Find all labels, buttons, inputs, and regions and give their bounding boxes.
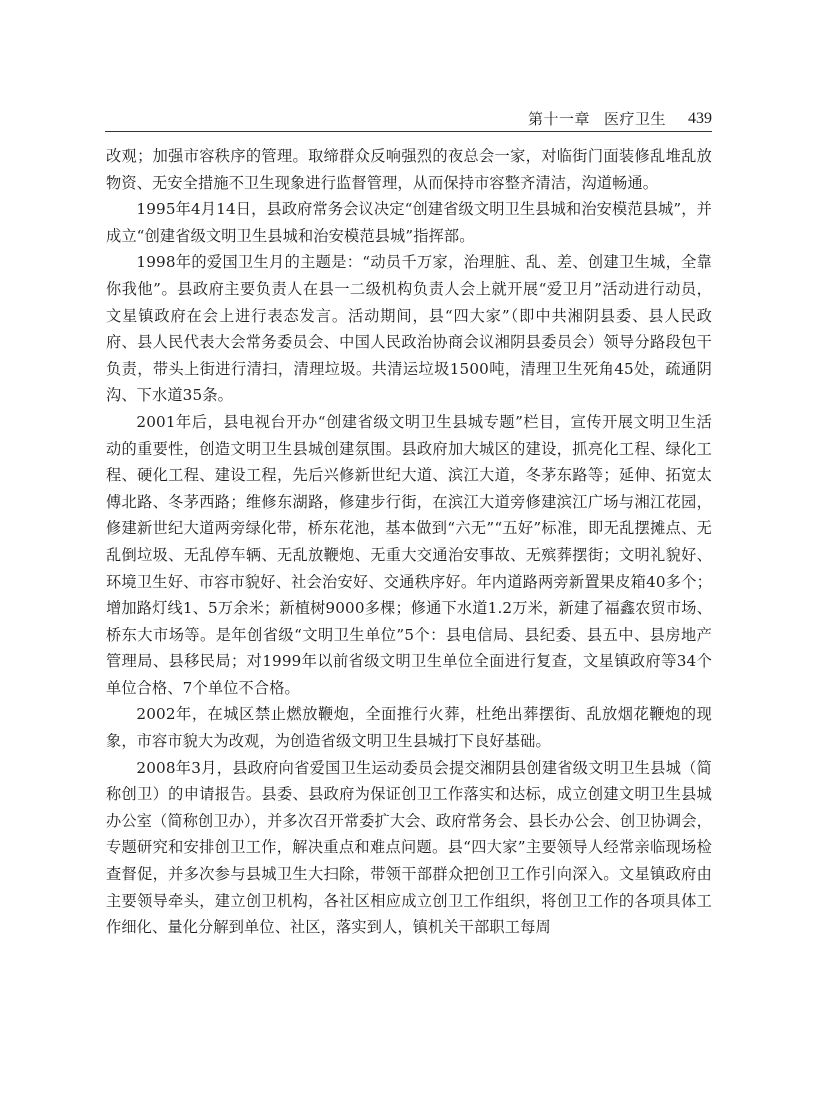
section-title: 医疗卫生 [604,109,666,129]
paragraph-2008: 2008年3月，县政府向省爱国卫生运动委员会提交湘阴县创建省级文明卫生县城（简称… [106,755,712,941]
paragraph-2001: 2001年后，县电视台开办“创建省级文明卫生县城专题”栏目，宣传开展文明卫生活动… [106,409,712,702]
body-text: 改观；加强市容秩序的管理。取缔群众反响强烈的夜总会一家，对临街门面装修乱堆乱放物… [106,143,712,941]
running-header: 第十一章 医疗卫生 439 [105,108,712,132]
paragraph-2002: 2002年，在城区禁止燃放鞭炮，全面推行火葬，杜绝出葬摆街、乱放烟花鞭炮的现象，… [106,701,712,754]
chapter-title: 第十一章 [528,109,590,129]
paragraph-1998: 1998年的爱国卫生月的主题是：“动员千万家，治理脏、乱、差、创建卫生城，全靠你… [106,249,712,409]
paragraph-1995: 1995年4月14日，县政府常务会议决定“创建省级文明卫生县城和治安模范县城”，… [106,196,712,249]
page-number: 439 [688,109,712,129]
paragraph-continuation: 改观；加强市容秩序的管理。取缔群众反响强烈的夜总会一家，对临街门面装修乱堆乱放物… [106,143,712,196]
